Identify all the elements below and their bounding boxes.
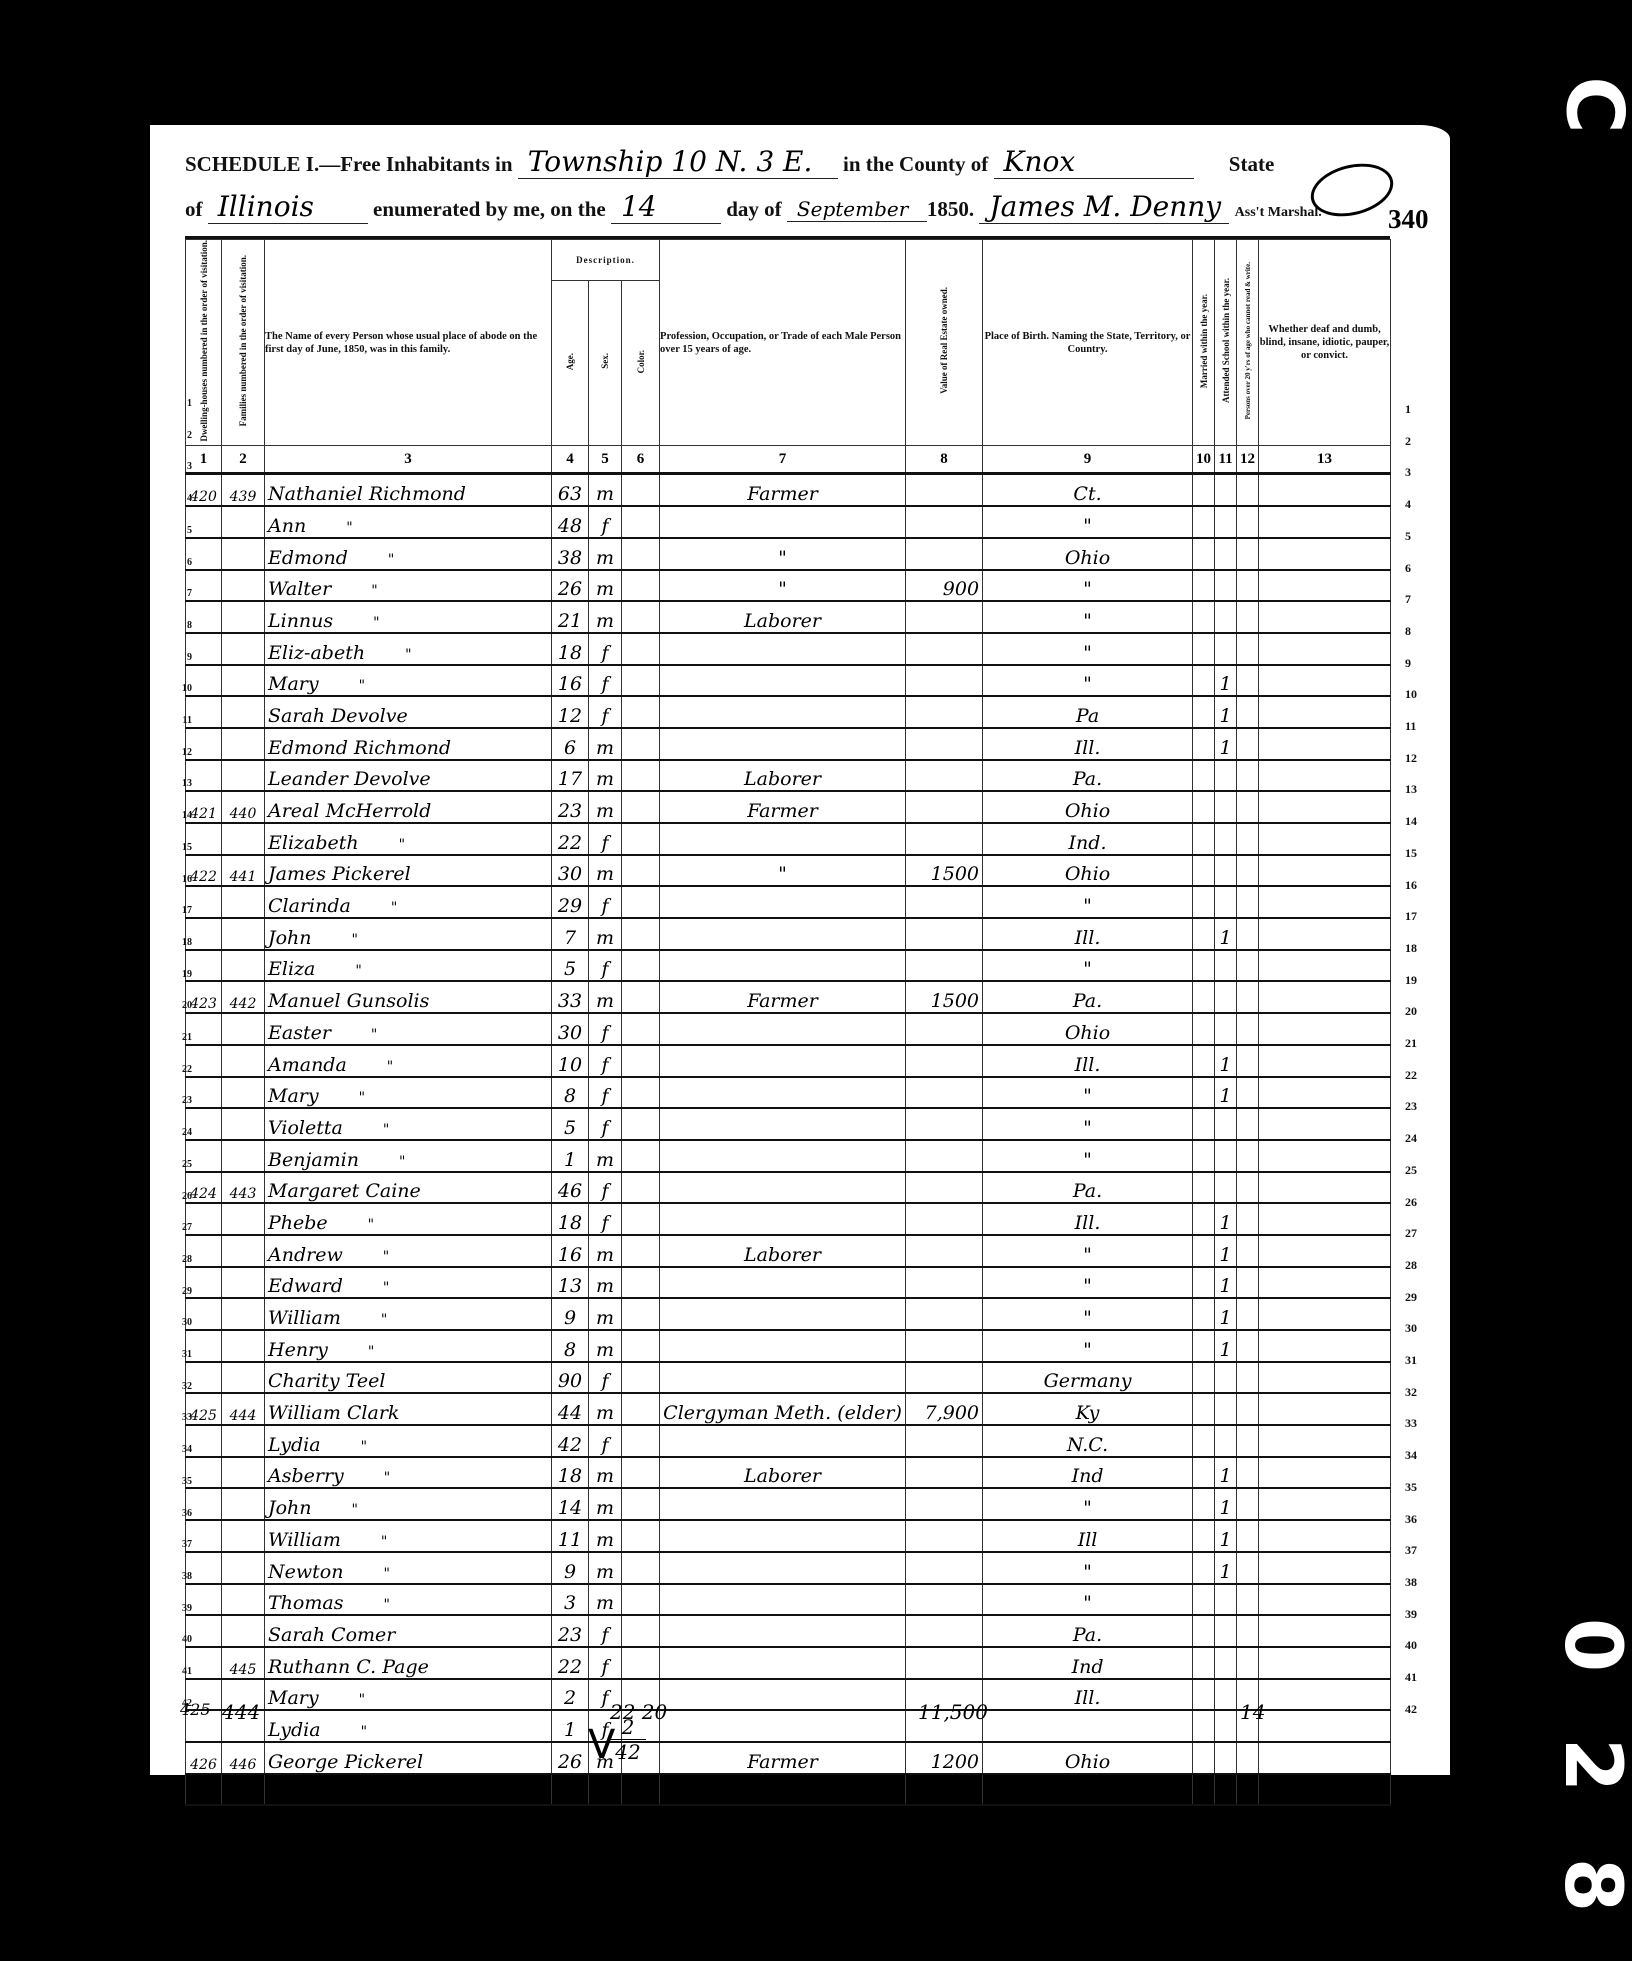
cell-married	[1193, 981, 1215, 1013]
cell-school	[1215, 633, 1237, 665]
cell-illiterate	[1237, 1520, 1259, 1552]
census-table: Dwelling-houses numbered in the order of…	[185, 239, 1391, 1806]
line-number-left: 19	[178, 969, 192, 980]
col-color-header: Color.	[622, 281, 660, 446]
line-number-left: 39	[178, 1603, 192, 1614]
cell-school	[1215, 791, 1237, 823]
census-row: Easter"30fOhio	[186, 1013, 1391, 1045]
surname-ditto-mark: "	[371, 583, 377, 599]
page-number: 340	[1388, 204, 1429, 235]
census-row: Violetta"5f"	[186, 1108, 1391, 1140]
col-birthplace-header: Place of Birth. Naming the State, Territ…	[983, 240, 1193, 446]
cell-condition	[1259, 1679, 1391, 1711]
line-number-right: 10	[1405, 687, 1417, 702]
surname-ditto-mark: "	[373, 615, 379, 631]
cell-name: Eliza"	[265, 950, 552, 982]
cell-condition	[1259, 1774, 1391, 1806]
cell-condition	[1259, 1647, 1391, 1679]
col-number: 3	[265, 446, 552, 474]
cell-birthplace: Ohio	[983, 1742, 1193, 1774]
surname-ditto-mark: "	[383, 1280, 389, 1296]
line-number-right: 42	[1405, 1702, 1417, 1717]
cell-name: Ann"	[265, 506, 552, 538]
cell-birthplace: "	[983, 1584, 1193, 1616]
line-number-right: 16	[1405, 878, 1417, 893]
census-row: Henry"8m"1	[186, 1330, 1391, 1362]
cell-sex: m	[589, 1140, 622, 1172]
cell-occupation	[660, 1108, 906, 1140]
cell-age: 9	[552, 1298, 589, 1330]
cell-family	[222, 823, 265, 855]
cell-married	[1193, 950, 1215, 982]
cell-real-estate	[906, 1774, 983, 1806]
cell-occupation	[660, 728, 906, 760]
cell-occupation: Farmer	[660, 1742, 906, 1774]
cell-illiterate	[1237, 570, 1259, 602]
cell-age: 16	[552, 665, 589, 697]
cell-family	[222, 1425, 265, 1457]
line-number-left: 22	[178, 1064, 192, 1075]
cell-occupation	[660, 1615, 906, 1647]
col-number: 7	[660, 446, 906, 474]
cell-family	[222, 1552, 265, 1584]
col-number: 4	[552, 446, 589, 474]
cell-color	[622, 823, 660, 855]
line-number-left: 35	[178, 1476, 192, 1487]
cell-occupation	[660, 1172, 906, 1204]
cell-married	[1193, 696, 1215, 728]
person-name: Amanda	[268, 1054, 347, 1076]
line-number-right: 5	[1405, 529, 1411, 544]
person-name: Ann	[268, 1782, 306, 1804]
cell-school	[1215, 1774, 1237, 1806]
cell-real-estate: 1500	[906, 981, 983, 1013]
cell-family: 446	[222, 1742, 265, 1774]
cell-birthplace: "	[983, 1774, 1193, 1806]
person-name: Lydia	[268, 1719, 321, 1741]
line-number-left: 4	[178, 493, 192, 504]
cell-color	[622, 886, 660, 918]
person-name: Edward	[268, 1275, 343, 1297]
person-name: Thomas	[268, 1592, 343, 1614]
cell-married	[1193, 538, 1215, 570]
cell-name: Mary"	[265, 665, 552, 697]
cell-color	[622, 538, 660, 570]
cell-occupation	[660, 1203, 906, 1235]
cell-age: 18	[552, 633, 589, 665]
cell-name: Walter"	[265, 570, 552, 602]
cell-illiterate	[1237, 1615, 1259, 1647]
cell-name: Benjamin"	[265, 1140, 552, 1172]
line-number-right: 31	[1405, 1353, 1417, 1368]
cell-family	[222, 538, 265, 570]
cell-school	[1215, 1742, 1237, 1774]
cell-dwelling	[186, 1774, 222, 1806]
cell-occupation: "	[660, 538, 906, 570]
marshal-label: Ass't Marshal.	[1235, 205, 1322, 220]
cell-condition	[1259, 791, 1391, 823]
person-name: Elizabeth	[268, 832, 359, 854]
cell-name: Ruthann C. Page	[265, 1647, 552, 1679]
cell-name: John"	[265, 918, 552, 950]
cell-illiterate	[1237, 1140, 1259, 1172]
cell-sex: m	[589, 1488, 622, 1520]
surname-ditto-mark: "	[346, 1787, 352, 1803]
person-name: Edmond	[268, 547, 348, 569]
cell-married	[1193, 1045, 1215, 1077]
cell-condition	[1259, 1108, 1391, 1140]
cell-married	[1193, 1520, 1215, 1552]
cell-condition	[1259, 1298, 1391, 1330]
cell-family	[222, 1457, 265, 1489]
cell-birthplace: Pa.	[983, 1172, 1193, 1204]
cell-school: 1	[1215, 1267, 1237, 1299]
cell-color	[622, 633, 660, 665]
cell-family	[222, 1774, 265, 1806]
cell-condition	[1259, 1362, 1391, 1394]
cell-age: 46	[552, 1172, 589, 1204]
cell-sex: f	[589, 1045, 622, 1077]
cell-family	[222, 1615, 265, 1647]
cell-school: 1	[1215, 918, 1237, 950]
surname-ditto-mark: "	[387, 1059, 393, 1075]
cell-married	[1193, 1552, 1215, 1584]
census-row: Walter"26m"900"	[186, 570, 1391, 602]
cell-school: 1	[1215, 1203, 1237, 1235]
cell-age: 90	[552, 1362, 589, 1394]
cell-sex: m	[589, 760, 622, 792]
line-number-right: 20	[1405, 1004, 1417, 1019]
cell-illiterate	[1237, 981, 1259, 1013]
line-number-right: 15	[1405, 846, 1417, 861]
cell-name: Mary"	[265, 1077, 552, 1109]
cell-color	[622, 728, 660, 760]
cell-family	[222, 1298, 265, 1330]
cell-real-estate	[906, 918, 983, 950]
census-row: William"9m"1	[186, 1298, 1391, 1330]
cell-real-estate	[906, 1235, 983, 1267]
cell-name: Sarah Devolve	[265, 696, 552, 728]
cell-family: 443	[222, 1172, 265, 1204]
cell-occupation	[660, 1267, 906, 1299]
cell-school	[1215, 981, 1237, 1013]
cell-name: Amanda"	[265, 1045, 552, 1077]
cell-married	[1193, 1362, 1215, 1394]
cell-married	[1193, 1140, 1215, 1172]
cell-name: Edmond"	[265, 538, 552, 570]
line-number-right: 9	[1405, 656, 1411, 671]
cell-family	[222, 1267, 265, 1299]
line-number-left: 5	[178, 525, 192, 536]
cell-married	[1193, 918, 1215, 950]
col-sex-header: Sex.	[589, 281, 622, 446]
line-number-right: 6	[1405, 561, 1411, 576]
cell-condition	[1259, 1267, 1391, 1299]
township-field: Township 10 N. 3 E.	[518, 145, 838, 179]
cell-sex: m	[589, 1584, 622, 1616]
cell-occupation: Laborer	[660, 601, 906, 633]
census-row: 424443Margaret Caine46fPa.	[186, 1172, 1391, 1204]
cell-condition	[1259, 950, 1391, 982]
cell-condition	[1259, 728, 1391, 760]
cell-school	[1215, 1710, 1237, 1742]
cell-family	[222, 1584, 265, 1616]
cell-school	[1215, 1013, 1237, 1045]
cell-condition	[1259, 1172, 1391, 1204]
county-label: in the County of	[843, 152, 988, 176]
cell-family	[222, 1235, 265, 1267]
cell-occupation: Farmer	[660, 474, 906, 506]
surname-ditto-mark: "	[359, 1090, 365, 1106]
cell-sex: m	[589, 538, 622, 570]
fraction-top: 2	[610, 1715, 646, 1740]
col-school-header: Attended School within the year.	[1215, 240, 1237, 446]
line-number-right: 41	[1405, 1670, 1417, 1685]
cell-occupation	[660, 1045, 906, 1077]
cell-school: 1	[1215, 1298, 1237, 1330]
person-name: Clarinda	[268, 895, 351, 917]
cell-name: Charity Teel	[265, 1362, 552, 1394]
person-name: John	[268, 927, 312, 949]
col-condition-header: Whether deaf and dumb, blind, insane, id…	[1259, 240, 1391, 446]
line-number-right: 22	[1405, 1068, 1417, 1083]
cell-birthplace: "	[983, 1552, 1193, 1584]
cell-condition	[1259, 823, 1391, 855]
cell-sex: f	[589, 1172, 622, 1204]
cell-real-estate	[906, 886, 983, 918]
cell-condition	[1259, 696, 1391, 728]
line-number-right: 33	[1405, 1416, 1417, 1431]
cell-birthplace: "	[983, 665, 1193, 697]
cell-school: 1	[1215, 1330, 1237, 1362]
cell-illiterate	[1237, 506, 1259, 538]
cell-illiterate	[1237, 696, 1259, 728]
cell-school	[1215, 886, 1237, 918]
cell-occupation: "	[660, 855, 906, 887]
cell-sex: m	[589, 728, 622, 760]
cell-occupation	[660, 1425, 906, 1457]
cell-family	[222, 728, 265, 760]
cell-illiterate	[1237, 950, 1259, 982]
cell-color	[622, 950, 660, 982]
cell-name: Ann"	[265, 1774, 552, 1806]
line-number-right: 21	[1405, 1036, 1417, 1051]
person-name: Ann	[268, 515, 306, 537]
line-number-right: 7	[1405, 592, 1411, 607]
surname-ditto-mark: "	[388, 552, 394, 568]
cell-school	[1215, 538, 1237, 570]
cell-age: 25	[552, 1774, 589, 1806]
surname-ditto-mark: "	[399, 1154, 405, 1170]
census-row: John"7mIll.1	[186, 918, 1391, 950]
cell-illiterate	[1237, 1362, 1259, 1394]
person-name: Phebe	[268, 1212, 328, 1234]
census-row: Eliz-abeth"18f"	[186, 633, 1391, 665]
cell-condition	[1259, 1488, 1391, 1520]
cell-condition	[1259, 981, 1391, 1013]
person-name: Nathaniel Richmond	[268, 483, 466, 505]
line-number-right: 4	[1405, 497, 1411, 512]
line-number-left: 36	[178, 1508, 192, 1519]
header-line-2: of Illinois enumerated by me, on the 14 …	[185, 190, 1322, 224]
total-families: 444	[222, 1700, 260, 1724]
line-number-left: 3	[178, 461, 192, 472]
cell-family	[222, 1203, 265, 1235]
surname-ditto-mark: "	[381, 1534, 387, 1550]
cell-occupation	[660, 1077, 906, 1109]
surname-ditto-mark: "	[391, 900, 397, 916]
person-name: Areal McHerrold	[268, 800, 431, 822]
person-name: William	[268, 1307, 341, 1329]
cell-married	[1193, 823, 1215, 855]
cell-occupation	[660, 506, 906, 538]
cell-condition	[1259, 1457, 1391, 1489]
person-name: Mary	[268, 1687, 319, 1709]
line-number-left: 7	[178, 588, 192, 599]
fraction-bottom: 42	[615, 1740, 640, 1764]
cell-school	[1215, 1425, 1237, 1457]
cell-illiterate	[1237, 538, 1259, 570]
cell-real-estate	[906, 1552, 983, 1584]
cell-age: 13	[552, 1267, 589, 1299]
cell-real-estate	[906, 1172, 983, 1204]
cell-color	[622, 791, 660, 823]
surname-ditto-mark: "	[368, 1344, 374, 1360]
cell-real-estate: 900	[906, 570, 983, 602]
cell-sex: m	[589, 570, 622, 602]
cell-school: 1	[1215, 665, 1237, 697]
cell-color	[622, 1393, 660, 1425]
col-age-header: Age.	[552, 281, 589, 446]
cell-sex: m	[589, 601, 622, 633]
cell-sex: m	[589, 1267, 622, 1299]
cell-sex: f	[589, 1362, 622, 1394]
cell-birthplace: "	[983, 633, 1193, 665]
cell-color	[622, 1235, 660, 1267]
line-number-left: 1	[178, 398, 192, 409]
census-row: Sarah Devolve12fPa1	[186, 696, 1391, 728]
cell-age: 8	[552, 1077, 589, 1109]
cell-illiterate	[1237, 601, 1259, 633]
cell-school	[1215, 950, 1237, 982]
cell-birthplace: Ill.	[983, 1203, 1193, 1235]
cell-birthplace: "	[983, 601, 1193, 633]
cell-school	[1215, 1584, 1237, 1616]
cell-real-estate	[906, 1013, 983, 1045]
cell-name: Sarah Comer	[265, 1615, 552, 1647]
cell-married	[1193, 791, 1215, 823]
surname-ditto-mark: "	[346, 520, 352, 536]
line-number-left: 32	[178, 1381, 192, 1392]
line-number-right: 39	[1405, 1607, 1417, 1622]
cell-married	[1193, 1267, 1215, 1299]
cell-sex: m	[589, 1298, 622, 1330]
cell-married	[1193, 1457, 1215, 1489]
cell-condition	[1259, 918, 1391, 950]
cell-real-estate	[906, 950, 983, 982]
cell-name: Elizabeth"	[265, 823, 552, 855]
cell-real-estate	[906, 1647, 983, 1679]
cell-birthplace: Ill.	[983, 918, 1193, 950]
line-number-left: 14	[178, 810, 192, 821]
surname-ditto-mark: "	[359, 678, 365, 694]
cell-name: Henry"	[265, 1330, 552, 1362]
cell-married	[1193, 570, 1215, 602]
line-number-right: 23	[1405, 1099, 1417, 1114]
cell-school: 1	[1215, 696, 1237, 728]
cell-color	[622, 1108, 660, 1140]
cell-age: 26	[552, 1742, 589, 1774]
frame-mark-1: 0	[1547, 1618, 1632, 1672]
census-row: Phebe"18fIll.1	[186, 1203, 1391, 1235]
line-number-right: 8	[1405, 624, 1411, 639]
cell-real-estate	[906, 791, 983, 823]
cell-age: 5	[552, 950, 589, 982]
cell-sex: f	[589, 823, 622, 855]
census-row: Linnus"21mLaborer"	[186, 601, 1391, 633]
cell-condition	[1259, 1077, 1391, 1109]
cell-family	[222, 886, 265, 918]
cell-age: 29	[552, 886, 589, 918]
cell-married	[1193, 1584, 1215, 1616]
line-number-left: 13	[178, 778, 192, 789]
cell-real-estate	[906, 1457, 983, 1489]
cell-name: Violetta"	[265, 1108, 552, 1140]
line-number-right: 3	[1405, 465, 1411, 480]
line-number-left: 28	[178, 1254, 192, 1265]
cell-condition	[1259, 1235, 1391, 1267]
cell-real-estate	[906, 1108, 983, 1140]
cell-family: 439	[222, 474, 265, 506]
cell-color	[622, 855, 660, 887]
col-number: 5	[589, 446, 622, 474]
cell-condition	[1259, 1615, 1391, 1647]
line-number-right: 12	[1405, 751, 1417, 766]
cell-occupation	[660, 1710, 906, 1742]
cell-name: Newton"	[265, 1552, 552, 1584]
cell-name: Edmond Richmond	[265, 728, 552, 760]
cell-birthplace: N.C.	[983, 1425, 1193, 1457]
cell-age: 18	[552, 1457, 589, 1489]
cell-name: Thomas"	[265, 1584, 552, 1616]
person-name: Sarah Comer	[268, 1624, 395, 1646]
county-field: Knox	[994, 145, 1194, 179]
cell-birthplace: "	[983, 886, 1193, 918]
frame-mark-2: 2	[1547, 1738, 1632, 1792]
column-number-row: 1 2 3 4 5 6 7 8 9 10 11 12 13	[186, 446, 1391, 474]
cell-sex: m	[589, 1330, 622, 1362]
cell-birthplace: "	[983, 1108, 1193, 1140]
cell-real-estate	[906, 1615, 983, 1647]
cell-school: 1	[1215, 1235, 1237, 1267]
cell-age: 3	[552, 1584, 589, 1616]
cell-family: 445	[222, 1647, 265, 1679]
census-row: 423442Manuel Gunsolis33mFarmer1500Pa.	[186, 981, 1391, 1013]
cell-color	[622, 601, 660, 633]
cell-name: Mary"	[265, 1679, 552, 1711]
census-row: Clarinda"29f"	[186, 886, 1391, 918]
cell-name: Leander Devolve	[265, 760, 552, 792]
cell-color	[622, 1774, 660, 1806]
cell-occupation	[660, 886, 906, 918]
cell-name: Lydia"	[265, 1710, 552, 1742]
cell-name: Phebe"	[265, 1203, 552, 1235]
cell-occupation: Farmer	[660, 981, 906, 1013]
census-row: Thomas"3m"	[186, 1584, 1391, 1616]
cell-color	[622, 665, 660, 697]
line-number-left: 6	[178, 557, 192, 568]
cell-illiterate	[1237, 823, 1259, 855]
